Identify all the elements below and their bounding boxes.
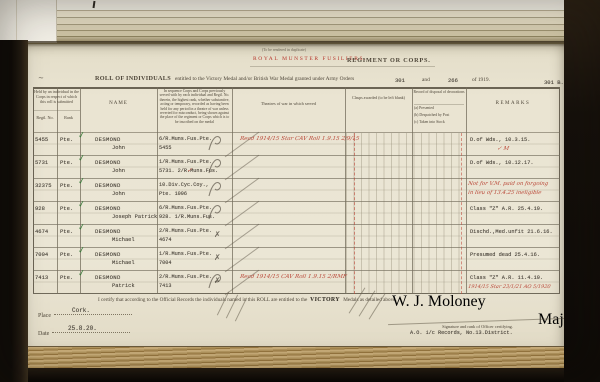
green-check-mark: ✓ [77,153,86,164]
remarks-cell: Class "Z" A.R. 25.4.19. [470,206,543,212]
roll-title: ROLL OF INDIVIDUALS entitled to the Vict… [95,75,354,82]
forename-cell: Michael [112,237,135,243]
page-edge-strip [0,0,600,11]
regtl-no-cell: 7004 [35,251,48,258]
service-cell-line2: Pte. 1096 [159,191,187,197]
rank-cell: Pte. [60,159,73,166]
book-spine [0,40,28,382]
title-and: and [422,77,430,83]
disposal-option-b: (b) Despatched by Post [414,113,466,117]
page-curl-shadow [28,41,566,47]
service-cell-line2: 5455 [159,145,171,151]
green-check-mark: ✓ [77,268,86,279]
regtl-no-cell: 32375 [35,182,52,189]
remarks-cell: Dischd.,Med.unfit 21.6.16. [470,229,553,235]
clerk-slash-mark [225,224,260,249]
green-check-mark: ✓ [77,245,86,256]
certification-line: I certify that according to the Official… [98,297,397,303]
remarks-cell: Presumed dead 25.4.16. [470,252,540,258]
rank-cell: Pte. [60,205,73,212]
roll-title-main: ROLL OF INDIVIDUALS [95,75,171,82]
rank-cell: Pte. [60,136,73,143]
disposal-option-c: (c) Taken into Stock [414,120,466,124]
rank-cell: Pte. [60,274,73,281]
regtl-no-cell: 5731 [35,159,48,166]
green-check-mark: ✓ [77,199,86,210]
clerk-slash-mark [225,178,260,203]
surname-cell: DESMOND [95,251,121,258]
table-row: 7004 Pte. ✓ DESMOND Michael 1/R.Muns.Fus… [33,248,560,271]
desk-shadow [0,368,600,382]
regtl-no-cell: 5455 [35,136,48,143]
regtl-no-cell: 928 [35,205,45,212]
service-cell-line1: 6/R.Muns.Fus.Pte. [159,205,212,211]
date-label: Date [38,331,49,337]
table-row: 5731 Pte. ✓ DESMOND John 1/R.Muns.Fus.Pt… [33,156,560,179]
service-cell-line2: 7004 [159,260,171,266]
surname-cell: DESMOND [95,182,121,189]
green-check-mark: ✓ [77,130,86,141]
x-mark: ✗ [214,276,221,285]
remarks-cell: D.of Wds., 10.3.15. [470,137,530,143]
remarks-header: REMARKS [466,101,560,106]
records-office-line: A.O. i/c Records, No.13.District. [410,330,513,336]
regtl-no-header: Regtl. No. [33,115,57,120]
page-edge-strip [0,11,600,18]
surname-cell: DESMOND [95,228,121,235]
surname-cell: DESMOND [95,205,121,212]
green-check-mark: ✓ [77,222,86,233]
place-value: Cork. [72,307,90,314]
remarks-cell: D.of Wds., 10.12.17. [470,160,534,166]
red-annotation-row7: Recd 1914/15 CAV Roll 1.9.15 2/RMF [240,274,348,280]
disposal-header: Record of disposal of decorations [413,90,465,95]
service-cell-line1: 2/R.Muns.Fus.Pte. [159,228,212,234]
service-cell-line1: 10.Div.Cyc.Coy., [159,182,209,188]
theatre-header: Theatres of war in which served [234,101,343,106]
service-cell-line1: 1/R.Muns.Fus.Pte. [159,251,212,257]
facing-page-corner [0,0,57,43]
page-rule-line [16,0,17,42]
red-annotation-row3-line1: Not for V.M. paid on forgoing [468,181,549,187]
clerk-flourish-mark [207,179,223,199]
order-number-1: 301 [395,77,405,84]
rank-header: Rank [57,115,80,120]
title-of-year: of 1919. [472,77,490,83]
pencil-squiggle: ∼ [38,74,44,82]
book-page-stack-top [0,0,600,44]
page-edge-strip [0,18,600,25]
place-line [54,313,132,315]
header-rule [250,66,435,67]
service-cell-line1: 2/R.Muns.Fus.Pte. [159,274,212,280]
table-row: 4674 Pte. ✓ DESMOND Michael 2/R.Muns.Fus… [33,225,560,248]
book-right-edge [564,0,600,382]
clerk-flourish-mark [207,156,223,176]
roll-title-rest: entitled to the Victory Medal and/or Bri… [175,76,354,82]
service-cell-line1: 6/R.Muns.Fus.Pte. [159,136,212,142]
surname-cell: DESMOND [95,136,121,143]
forename-cell: John [112,191,125,197]
scanned-medal-roll-page: (To be rendered in duplicate) ROYAL MUNS… [0,0,600,382]
clasps-header: Clasps awarded (to be left blank) [347,95,410,100]
forename-cell: Patrick [112,283,135,289]
clerk-slash-mark [225,155,260,180]
held-by-header: Held by an individual in the Corps in re… [34,90,79,104]
remarks-cell: Class "Z" A.R. 11.4.19. [470,275,543,281]
forename-cell: John [112,145,125,151]
service-note-header: In sequence Corps and Corps previously s… [159,89,230,124]
regiment-or-corps-label: REGIMENT OR CORPS. [347,57,431,64]
disposal-rule [414,104,464,105]
order-number-2: 266 [448,77,458,84]
x-mark: ✗ [214,253,221,262]
disposal-option-a: (a) Presented [414,106,466,110]
red-annotation-row1: Recd 1914/15 Star CAV Roll 1.9.15 2/9/15 [240,136,360,142]
certify-text-prefix: I certify that according to the Official… [98,297,307,303]
duplicate-note: (To be rendered in duplicate) [262,48,306,52]
red-annotation-row3-line2: in lieu of 13.4.25 ineligible [468,190,542,196]
forename-cell: John [112,168,125,174]
subheader-line [33,110,80,111]
rank-cell: Pte. [60,182,73,189]
medal-name-stamp: VICTORY [310,297,340,303]
service-cell-line1: 1/R.Muns.Fus.Pte. [159,159,212,165]
regtl-no-cell: 4674 [35,228,48,235]
forename-cell: Michael [112,260,135,266]
clerk-flourish-mark [207,202,223,222]
red-annotation-row7-line2: 1914/15 Star 23/1/21 AO 5/1920 [468,284,551,290]
rank-cell: Pte. [60,228,73,235]
service-cell-line2: 7413 [159,283,171,289]
clerk-slash-mark [225,247,260,272]
x-mark: ✗ [214,230,221,239]
green-check-mark: ✓ [77,176,86,187]
name-header: NAME [80,101,157,106]
surname-cell: DESMOND [95,159,121,166]
officer-signature: W. J. Moloney [392,293,486,311]
service-cell-line2: 4674 [159,237,171,243]
surname-cell: DESMOND [95,274,121,281]
clerk-flourish-mark [207,133,223,153]
date-value: 25.8.20. [68,325,97,332]
place-label: Place [38,313,51,319]
table-row: 928 Pte. ✓ DESMOND Joseph Patrick 6/R.Mu… [33,202,560,225]
clerk-slash-mark [225,201,260,226]
sheet-number: 301 B. [544,79,564,86]
rank-cell: Pte. [60,251,73,258]
forename-cell: Joseph Patrick [112,214,157,220]
red-tick-row2: ✓ M [497,146,510,152]
signature-caption: Signature and rank of Officer certifying… [385,324,570,329]
regtl-no-cell: 7413 [35,274,48,281]
